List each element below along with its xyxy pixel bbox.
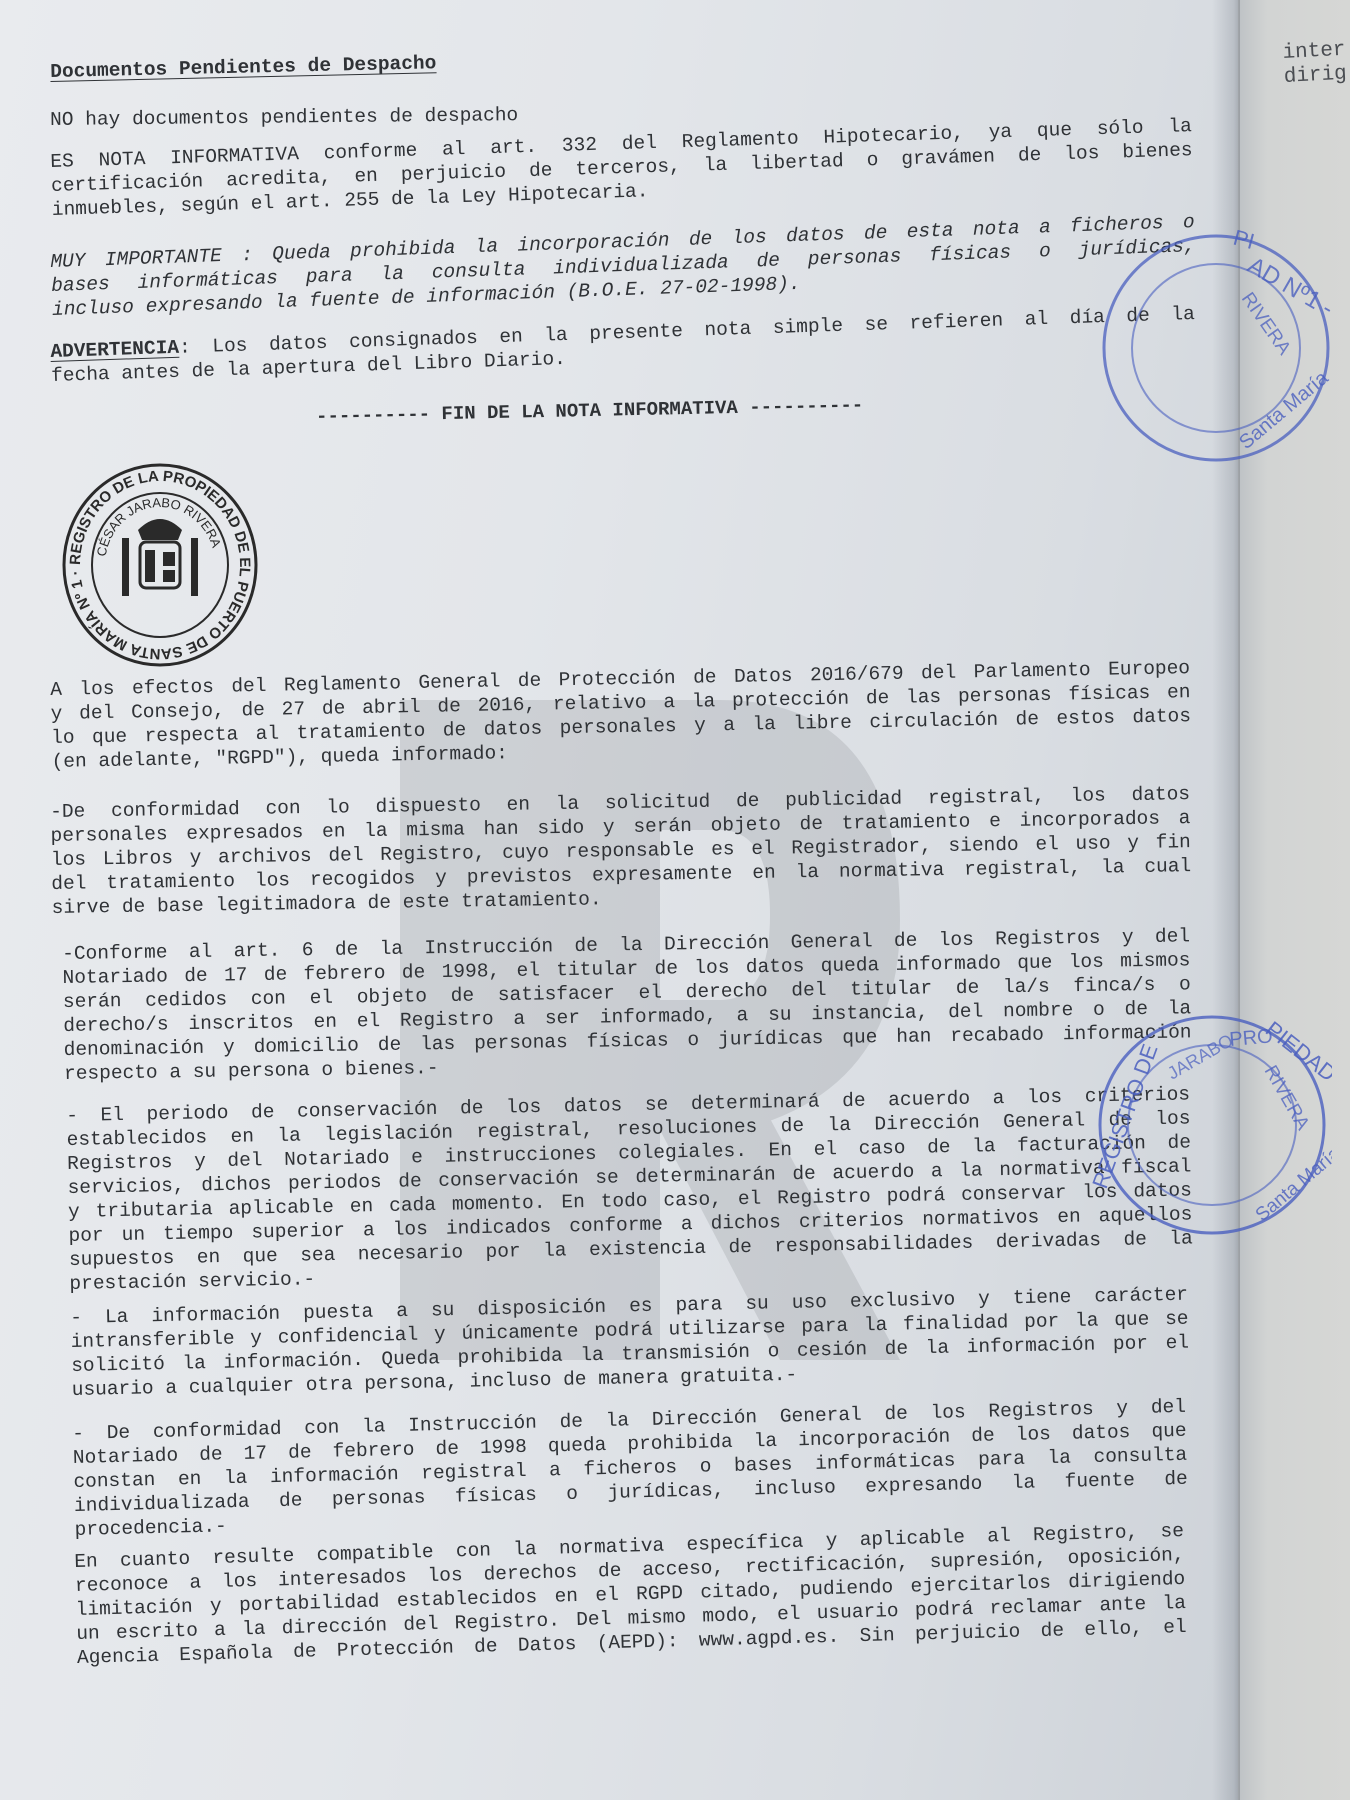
registry-seal-black: REGISTRO DE LA PROPIEDAD DE EL PUERTO DE… [60, 460, 260, 670]
peek-line: inter [1282, 39, 1346, 65]
document-page: Documentos Pendientes de Despacho NO hay… [0, 0, 1238, 1800]
seal-fragment: JARABO [1164, 1030, 1236, 1083]
advertencia-label: ADVERTENCIA [50, 337, 179, 363]
paragraph-cesion: -Conforme al art. 6 de la Instrucción de… [62, 924, 1192, 1086]
no-pending-text: NO hay documentos pendientes de despacho [50, 104, 518, 131]
seal-fragment: PI [1231, 228, 1258, 254]
peek-line: dirig [1283, 63, 1347, 89]
paragraph-derechos: En cuanto resulte compatible con la norm… [74, 1519, 1187, 1670]
paragraph-tratamiento: -De conformidad con lo dispuesto en la s… [50, 782, 1192, 920]
muy-importante-block: MUY IMPORTANTE : Queda prohibida la inco… [50, 210, 1197, 322]
nota-informativa-block: ES NOTA INFORMATIVA conforme al art. 332… [50, 114, 1194, 222]
rgpd-intro: A los efectos del Reglamento General de … [50, 656, 1192, 774]
fin-nota-informativa: ---------- FIN DE LA NOTA INFORMATIVA --… [316, 394, 864, 427]
registry-seal-blue-top: AD Nº1 - PI RIVERA Santa María [1096, 228, 1336, 468]
coat-of-arms-icon [122, 519, 198, 596]
section-heading: Documentos Pendientes de Despacho [50, 52, 437, 83]
paragraph-prohibicion: - De conformidad con la Instrucción de l… [72, 1395, 1189, 1542]
seal-fragment: Santa María [1235, 366, 1333, 453]
paragraph-conservacion: - El periodo de conservación de los dato… [66, 1082, 1193, 1296]
seal-fragment: RIVERA [1260, 1062, 1314, 1134]
registry-seal-blue-bottom: REGISTRO DE PRO PIEDAD Nº1 - JARABO RIVE… [1092, 1010, 1332, 1240]
paragraph-uso-exclusivo: - La información puesta a su disposición… [70, 1283, 1190, 1402]
seal-fragment: Santa María [1252, 1143, 1332, 1226]
next-page-peek-text: inter dirig [1282, 39, 1347, 90]
heading-line: Documentos Pendientes de Despacho [50, 34, 1188, 84]
seal-fragment: REGISTRO DE [1092, 1041, 1163, 1192]
